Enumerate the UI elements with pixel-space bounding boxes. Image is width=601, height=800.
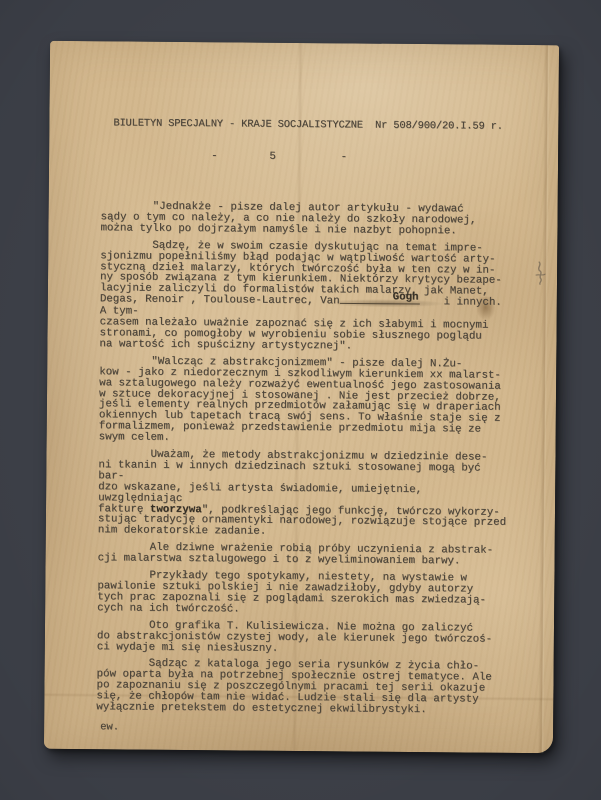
typist-initials: ew. — [100, 721, 119, 733]
paragraph-4: Uważam, że metody abstrakcjonizmu w dzie… — [98, 449, 513, 540]
paragraph-3: "Walcząc z abstrakcjonizmem" - pisze dal… — [99, 356, 514, 447]
paragraph-5: Ale dziwne wrażenie robią próby uczynien… — [98, 543, 512, 568]
paragraph-2: Sądzę, że w swoim czasie dyskutując na t… — [99, 240, 514, 354]
bulletin-header: BIULETYN SPECJALNY - KRAJE SOCJALISTYCZN… — [113, 117, 503, 132]
page-number-line: - 5 - — [211, 150, 347, 163]
scan-background: BIULETYN SPECJALNY - KRAJE SOCJALISTYCZN… — [0, 0, 601, 800]
paragraph-1: "Jednakże - pisze dalej autor artykułu -… — [100, 201, 514, 237]
paragraph-7: Oto grafika T. Kulisiewicza. Nie można g… — [97, 620, 511, 656]
document-body: "Jednakże - pisze dalej autor artykułu -… — [96, 201, 515, 723]
paragraph-6: Przykłady tego spotykamy, niestety, na w… — [97, 570, 511, 617]
paragraph-8: Sądząc z kataloga jego seria rysunków z … — [96, 659, 510, 717]
right-edge-fold-crease — [538, 45, 550, 753]
margin-scribble-mark — [532, 259, 550, 287]
document-page: BIULETYN SPECJALNY - KRAJE SOCJALISTYCZN… — [44, 41, 559, 753]
typed-correction-gogh: Gogh — [340, 292, 420, 305]
paragraph-2-text: Sądzę, że w swoim czasie dyskutując na t… — [100, 239, 502, 307]
